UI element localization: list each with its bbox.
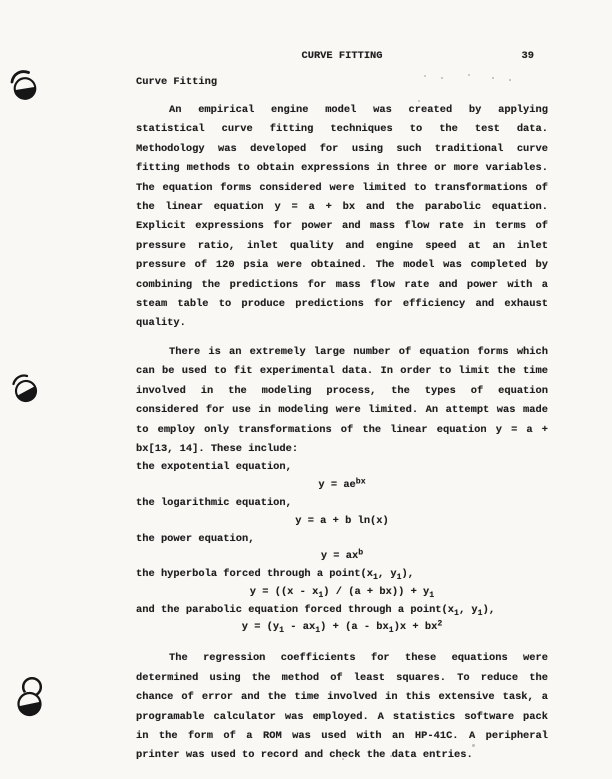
equation-label-parabolic: and the parabolic equation forced throug… [136, 602, 548, 620]
text-segment: , y [459, 604, 478, 616]
equation-power: y = axb [136, 548, 548, 566]
text-line: programable calculator was employed. A s… [136, 708, 548, 727]
equation-parabolic: y = (y1 - ax1) + (a - bx1)x + bx2 [136, 619, 548, 637]
text-segment: ) + (a - bx [320, 621, 389, 633]
text-line: pressure of 120 psia were obtained. The … [136, 256, 548, 275]
text-line: combining the predictions for mass flow … [136, 276, 548, 295]
text-line: fitting methods to obtain expressions in… [136, 159, 548, 178]
text-segment: the expotential equation, [136, 461, 292, 473]
text-segment: y = ((x - x [250, 586, 319, 598]
text-line: There is an extremely large number of eq… [136, 343, 548, 362]
text-segment: y = ax [321, 550, 358, 562]
equation-logarithmic: y = a + b ln(x) [136, 513, 548, 531]
equation-hyperbola: y = ((x - x1) / (a + bx)) + y1 [136, 584, 548, 602]
text-segment: y = a + b ln(x) [295, 515, 389, 527]
equation-section: the expotential equation, y = aebx the l… [136, 459, 548, 637]
binder-ring-mark-top [9, 66, 41, 104]
text-line: Methodology was developed for using such… [136, 140, 548, 159]
equation-label-logarithmic: the logarithmic equation, [136, 495, 548, 513]
sup-segment: bx [356, 478, 366, 487]
text-segment: the power equation, [136, 533, 254, 545]
text-segment: - ax [284, 621, 315, 633]
text-segment: , y [378, 568, 397, 580]
text-segment: ), [483, 604, 495, 616]
text-segment: and the parabolic equation forced throug… [136, 604, 454, 616]
text-segment: the logarithmic equation, [136, 497, 292, 509]
equation-label-exponential: the expotential equation, [136, 459, 548, 477]
text-line: statistical curve fitting techniques to … [136, 120, 548, 139]
text-line: considered for use in modeling were limi… [136, 401, 548, 420]
text-line: the linear equation y = a + bx and the p… [136, 198, 548, 217]
equation-exponential: y = aebx [136, 477, 548, 495]
text-column: CURVE FITTING 39 Curve Fitting An empiri… [136, 46, 548, 766]
paragraph-3: The regression coefficients for these eq… [136, 649, 548, 765]
paragraph-1: An empirical engine model was created by… [136, 101, 548, 334]
equation-label-power: the power equation, [136, 531, 548, 549]
text-line: pressure ratio, inlet quality and engine… [136, 237, 548, 256]
text-line: Explicit expressions for power and mass … [136, 217, 548, 236]
text-line: steam table to produce predictions for e… [136, 295, 548, 314]
scanned-document-page: CURVE FITTING 39 Curve Fitting An empiri… [0, 0, 612, 779]
text-line: An empirical engine model was created by… [136, 101, 548, 120]
sup-segment: 2 [437, 620, 442, 629]
text-segment: )x + bx [394, 621, 438, 633]
text-segment: y = ae [318, 479, 355, 491]
text-segment: ), [402, 568, 414, 580]
text-segment: y = (y [242, 621, 279, 633]
text-line: chance of error and the time involved in… [136, 688, 548, 707]
text-segment: ) / (a + bx)) + y [323, 586, 429, 598]
text-segment: the hyperbola forced through a point(x [136, 568, 373, 580]
text-line: can be used to fit experimental data. In… [136, 362, 548, 381]
text-line: involved in the modeling process, the ty… [136, 382, 548, 401]
text-line: The equation forms considered were limit… [136, 179, 548, 198]
text-line: in the form of a ROM was used with an HP… [136, 727, 548, 746]
binder-ring-mark-bottom [13, 676, 49, 720]
text-line: The regression coefficients for these eq… [136, 649, 548, 668]
binder-ring-mark-middle [10, 371, 42, 407]
text-line: determined using the method of least squ… [136, 669, 548, 688]
running-header: CURVE FITTING 39 [136, 46, 548, 66]
equation-label-hyperbola: the hyperbola forced through a point(x1,… [136, 566, 548, 584]
section-title: Curve Fitting [136, 72, 548, 92]
page-number: 39 [522, 46, 534, 66]
text-line: bx[13, 14]. These include: [136, 440, 548, 459]
text-line: quality. [136, 314, 548, 333]
text-line: printer was used to record and check the… [136, 746, 548, 765]
running-header-title: CURVE FITTING [301, 50, 382, 62]
sub-segment: 1 [429, 591, 434, 600]
paragraph-2: There is an extremely large number of eq… [136, 343, 548, 459]
sup-segment: b [358, 549, 363, 558]
text-line: to employ only transformations of the li… [136, 421, 548, 440]
